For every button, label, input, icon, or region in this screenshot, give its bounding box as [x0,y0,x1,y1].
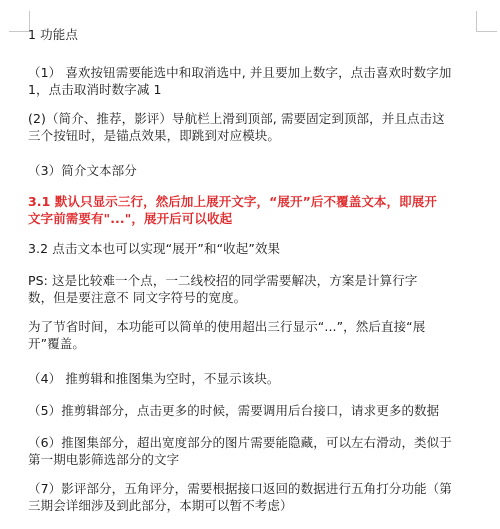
paragraph-gallery-scroll: （6）推图集部分，超出宽度部分的图片需要能隐藏，可以左右滑动，类似于 第一期电影… [28,434,473,468]
paragraph-line: (2)（简介、推荐，影评）导航栏上滑到顶部, 需要固定到顶部，并且点击这 [28,110,473,127]
paragraph-line: PS: 这是比较难一个点，一二线校招的同学需要解决，方案是计算行字 [28,272,473,289]
section-heading: 1 功能点 [28,26,473,43]
paragraph-clips-more: （5）推剪辑部分，点击更多的时候，需要调用后台接口，请求更多的数据 [28,402,473,419]
paragraph-line: （5）推剪辑部分，点击更多的时候，需要调用后台接口，请求更多的数据 [28,402,473,419]
paragraph-ps-note: PS: 这是比较难一个点，一二线校招的同学需要解决，方案是计算行字 数，但是要注… [28,272,473,306]
paragraph-intro-3-1-highlight: 3.1 默认只显示三行，然后加上展开文字，“展开”后不覆盖文本，即展开 文字前需… [28,193,473,227]
paragraph-empty-blocks: （4） 推剪辑和推图集为空时，不显示该块。 [28,370,473,387]
paragraph-line: 数，但是要注意不 同文字符号的宽度。 [28,289,473,306]
paragraph-intro-text: （3）简介文本部分 [28,162,473,179]
paragraph-line: （7）影评部分，五角评分，需要根据接口返回的数据进行五角打分功能（第 [28,480,473,497]
paragraph-line: 1，点击取消时数字减 1 [28,81,473,98]
paragraph-line: 3.2 点击文本也可以实现“展开”和“收起”效果 [28,240,473,257]
paragraph-line: （6）推图集部分，超出宽度部分的图片需要能隐藏，可以左右滑动，类似于 [28,434,473,451]
paragraph-review-rating: （7）影评部分，五角评分，需要根据接口返回的数据进行五角打分功能（第 三期会详细… [28,480,473,514]
paragraph-time-saving-note: 为了节省时间，本功能可以简单的使用超出三行显示“...”，然后直接“展 开”覆盖… [28,318,473,352]
paragraph-line: （1） 喜欢按钮需要能选中和取消选中, 并且要加上数字，点击喜欢时数字加 [28,64,473,81]
paragraph-intro-3-2: 3.2 点击文本也可以实现“展开”和“收起”效果 [28,240,473,257]
paragraph-line: （4） 推剪辑和推图集为空时，不显示该块。 [28,370,473,387]
paragraph-like-button: （1） 喜欢按钮需要能选中和取消选中, 并且要加上数字，点击喜欢时数字加 1，点… [28,64,473,98]
paragraph-line: （3）简介文本部分 [28,162,473,179]
page-corner-mark-top-right [476,11,497,32]
paragraph-line: 第一期电影筛选部分的文字 [28,451,473,468]
paragraph-line: 三个按钮时，是锚点效果，即跳到对应模块。 [28,127,473,144]
page-corner-mark-top-left [9,11,30,32]
heading-text: 1 功能点 [28,26,473,43]
paragraph-line: 文字前需要有"..."，展开后可以收起 [28,210,473,227]
paragraph-line: 为了节省时间，本功能可以简单的使用超出三行显示“...”，然后直接“展 [28,318,473,335]
paragraph-line: 三期会详细涉及到此部分，本期可以暂不考虑） [28,497,473,514]
paragraph-line: 3.1 默认只显示三行，然后加上展开文字，“展开”后不覆盖文本，即展开 [28,193,473,210]
paragraph-navbar: (2)（简介、推荐，影评）导航栏上滑到顶部, 需要固定到顶部，并且点击这 三个按… [28,110,473,144]
paragraph-line: 开”覆盖。 [28,335,473,352]
